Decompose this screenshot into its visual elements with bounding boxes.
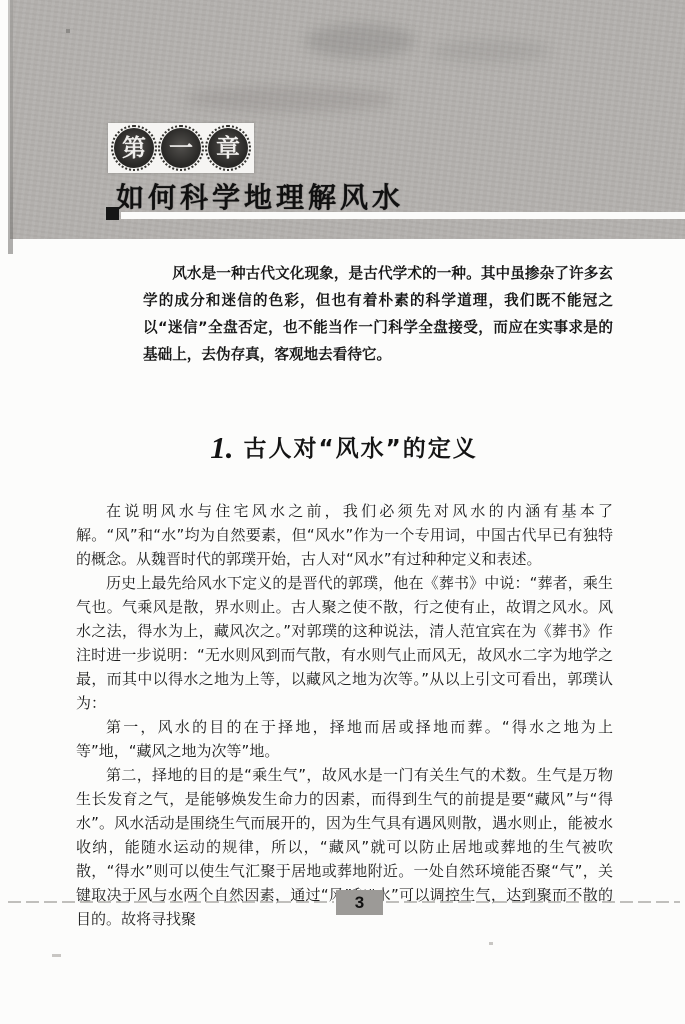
scan-speck bbox=[489, 942, 493, 945]
chapter-seal-icon: 一 bbox=[161, 128, 201, 168]
body-paragraph: 第一，风水的目的在于择地，择地而居或择地而葬。“得水之地为上等”地，“藏风之地为… bbox=[76, 715, 613, 763]
footer-rule-right bbox=[386, 901, 680, 903]
body-paragraph: 历史上最先给风水下定义的是晋代的郭璞，他在《葬书》中说：“葬者，乘生气也。气乘风… bbox=[76, 571, 613, 715]
scan-speck bbox=[66, 29, 70, 33]
section-heading: 1.古人对“风水”的定义 bbox=[76, 430, 612, 466]
chapter-seal-icon: 第 bbox=[114, 128, 154, 168]
title-corner-square bbox=[106, 207, 119, 220]
ink-bleed-smudge bbox=[185, 86, 395, 112]
seal-character: 第 bbox=[122, 136, 146, 160]
scanned-book-page: 第 一 章 如何科学地理解风水 风水是一种古代文化现象，是古代学术的一种。其中虽… bbox=[0, 0, 685, 1024]
ink-bleed-smudge bbox=[305, 24, 415, 58]
ink-bleed-smudge bbox=[430, 40, 550, 62]
footer-rule-left bbox=[8, 901, 334, 903]
chapter-number-badge: 第 一 章 bbox=[108, 123, 254, 173]
chapter-seal-icon: 章 bbox=[208, 128, 248, 168]
body-paragraph: 在说明风水与住宅风水之前，我们必须先对风水的内涵有基本了解。“风”和“水”均为自… bbox=[76, 499, 613, 571]
page-number: 3 bbox=[355, 893, 364, 913]
intro-paragraph: 风水是一种古代文化现象，是古代学术的一种。其中虽掺杂了许多玄学的成分和迷信的色彩… bbox=[143, 260, 613, 368]
section-title: 古人对“风水”的定义 bbox=[244, 436, 478, 462]
chapter-title: 如何科学地理解风水 bbox=[116, 176, 404, 216]
section-number: 1. bbox=[210, 430, 233, 465]
page-number-badge: 3 bbox=[336, 890, 383, 915]
seal-character: 一 bbox=[169, 136, 193, 160]
seal-character: 章 bbox=[216, 136, 240, 160]
body-text-column: 在说明风水与住宅风水之前，我们必须先对风水的内涵有基本了解。“风”和“水”均为自… bbox=[76, 499, 613, 931]
page-gutter-shadow bbox=[8, 0, 13, 254]
scan-speck bbox=[52, 954, 61, 957]
title-underline bbox=[121, 212, 685, 219]
